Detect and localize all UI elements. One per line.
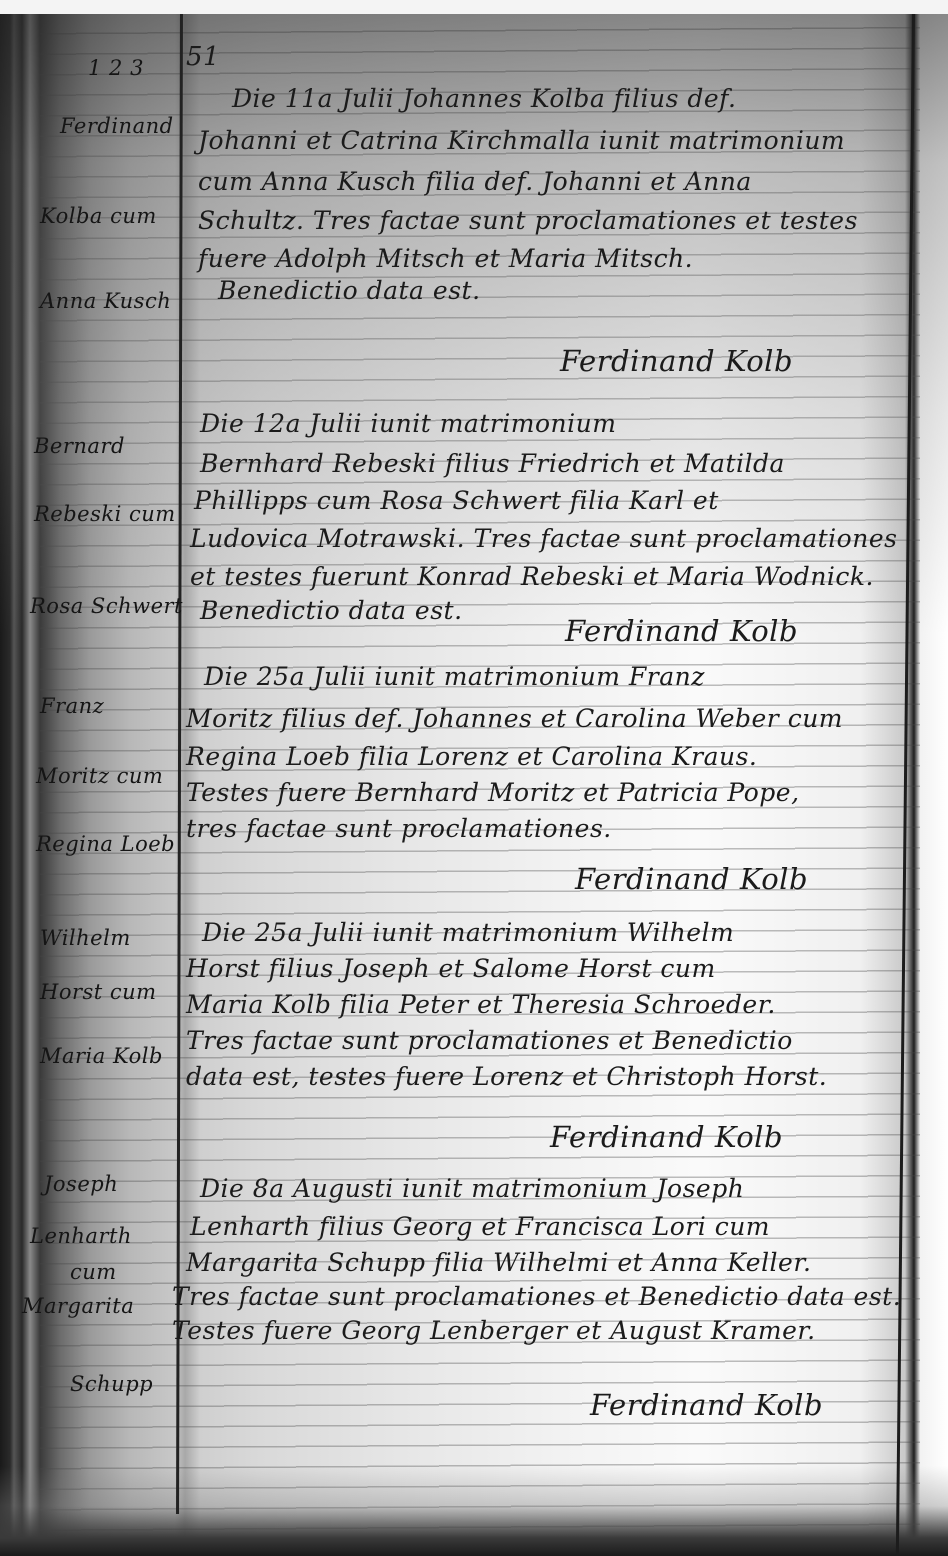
entry-line: tres factae sunt proclamationes. (186, 814, 612, 843)
margin-bride-name: Regina Loeb (36, 832, 175, 856)
entry-line: Tres factae sunt proclamationes et Bened… (186, 1026, 793, 1055)
entry-line: Die 11a Julii Johannes Kolba filius def. (232, 84, 737, 113)
priest-signature: Ferdinand Kolb (575, 862, 808, 896)
scan-top-border (0, 0, 948, 14)
entry-line: Benedictio data est. (200, 596, 463, 625)
margin-groom-name: Franz (40, 694, 104, 718)
margin-conjunction: cum (70, 1260, 117, 1284)
entry-line: Regina Loeb filia Lorenz et Carolina Kra… (186, 742, 757, 771)
entry-line: Bernhard Rebeski filius Friedrich et Mat… (200, 449, 785, 478)
record-number: 1 2 3 (88, 56, 144, 80)
entry-line: et testes fuerunt Konrad Rebeski et Mari… (190, 562, 874, 591)
priest-signature: Ferdinand Kolb (590, 1388, 823, 1422)
entry-line: fuere Adolph Mitsch et Maria Mitsch. (198, 244, 693, 273)
priest-signature: Ferdinand Kolb (560, 344, 793, 378)
entry-line: Margarita Schupp filia Wilhelmi et Anna … (186, 1248, 812, 1277)
entry-line: Horst filius Joseph et Salome Horst cum (186, 954, 716, 983)
entry-line: Tres factae sunt proclamationes et Bened… (172, 1282, 901, 1311)
margin-groom-surname: Rebeski cum (34, 502, 176, 526)
margin-groom-surname: Kolba cum (40, 204, 157, 228)
entry-line: Phillipps cum Rosa Schwert filia Karl et (194, 486, 719, 515)
register-page: 51 1 2 3 Ferdinand Kolba cum Anna Kusch … (0, 14, 948, 1556)
margin-groom-surname: Moritz cum (36, 764, 163, 788)
margin-groom-name: Bernard (34, 434, 125, 458)
entry-line: Testes fuere Georg Lenberger et August K… (172, 1316, 816, 1345)
entry-line: cum Anna Kusch filia def. Johanni et Ann… (198, 167, 752, 196)
margin-groom-name: Ferdinand (60, 114, 174, 138)
entry-line: data est, testes fuere Lorenz et Christo… (186, 1062, 827, 1091)
entry-line: Maria Kolb filia Peter et Theresia Schro… (186, 990, 776, 1019)
priest-signature: Ferdinand Kolb (550, 1120, 783, 1154)
margin-bride-surname: Schupp (70, 1372, 153, 1396)
entry-line: Moritz filius def. Johannes et Carolina … (186, 704, 843, 733)
margin-groom-name: Wilhelm (40, 926, 131, 950)
entry-line: Johanni et Catrina Kirchmalla iunit matr… (198, 126, 845, 155)
scan-shadow-bottom (0, 1466, 948, 1556)
margin-groom-surname: Horst cum (40, 980, 157, 1004)
entry-line: Die 25a Julii iunit matrimonium Wilhelm (202, 918, 734, 947)
entry-line: Testes fuere Bernhard Moritz et Patricia… (186, 778, 800, 807)
entry-line: Schultz. Tres factae sunt proclamationes… (198, 206, 858, 235)
priest-signature: Ferdinand Kolb (565, 614, 798, 648)
margin-groom-name: Joseph (44, 1172, 118, 1196)
margin-groom-surname: Lenharth (30, 1224, 132, 1248)
entry-line: Die 25a Julii iunit matrimonium Franz (204, 662, 705, 691)
entry-line: Lenharth filius Georg et Francisca Lori … (190, 1212, 770, 1241)
entry-line: Ludovica Motrawski. Tres factae sunt pro… (190, 524, 897, 553)
margin-bride-name: Rosa Schwert (30, 594, 183, 618)
entry-line: Die 12a Julii iunit matrimonium (200, 409, 616, 438)
margin-bride-name: Margarita (22, 1294, 134, 1318)
entry-line: Die 8a Augusti iunit matrimonium Joseph (200, 1174, 744, 1203)
margin-bride-name: Anna Kusch (40, 289, 171, 313)
folio-number: 51 (186, 42, 220, 72)
margin-bride-name: Maria Kolb (40, 1044, 163, 1068)
entry-line: Benedictio data est. (218, 276, 481, 305)
